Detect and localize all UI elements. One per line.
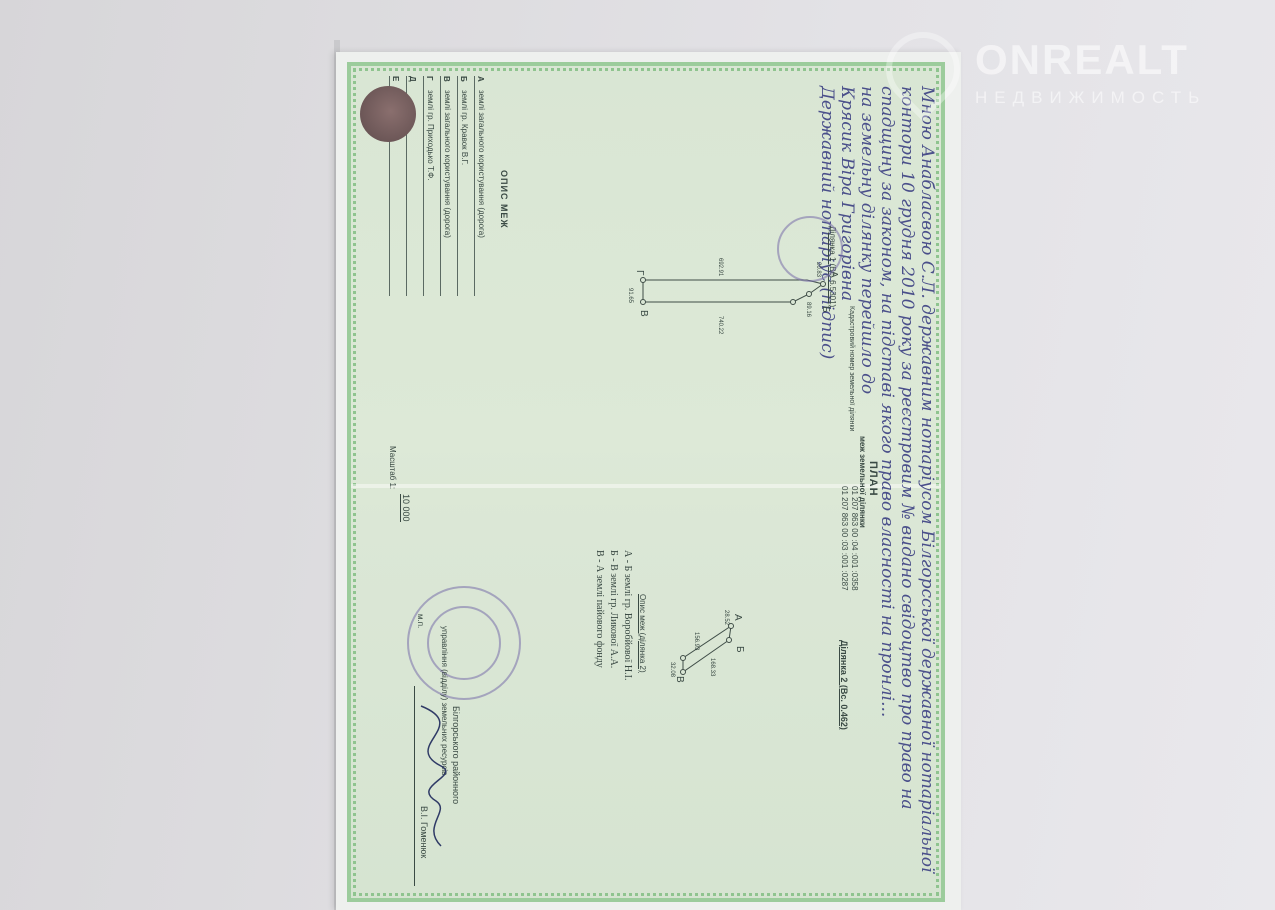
watermark-tagline: НЕДВИЖИМОСТЬ	[975, 88, 1206, 108]
land-plan-sheet: Мною Анабласвою С.Л. державним нотаріусо…	[347, 62, 945, 902]
red-wax-seal	[360, 86, 416, 142]
watermark-brand: ONREALT	[975, 36, 1189, 84]
land-plan-sheet-container: Мною Анабласвою С.Л. державним нотаріусо…	[347, 62, 945, 902]
signature-scribble	[343, 66, 941, 906]
